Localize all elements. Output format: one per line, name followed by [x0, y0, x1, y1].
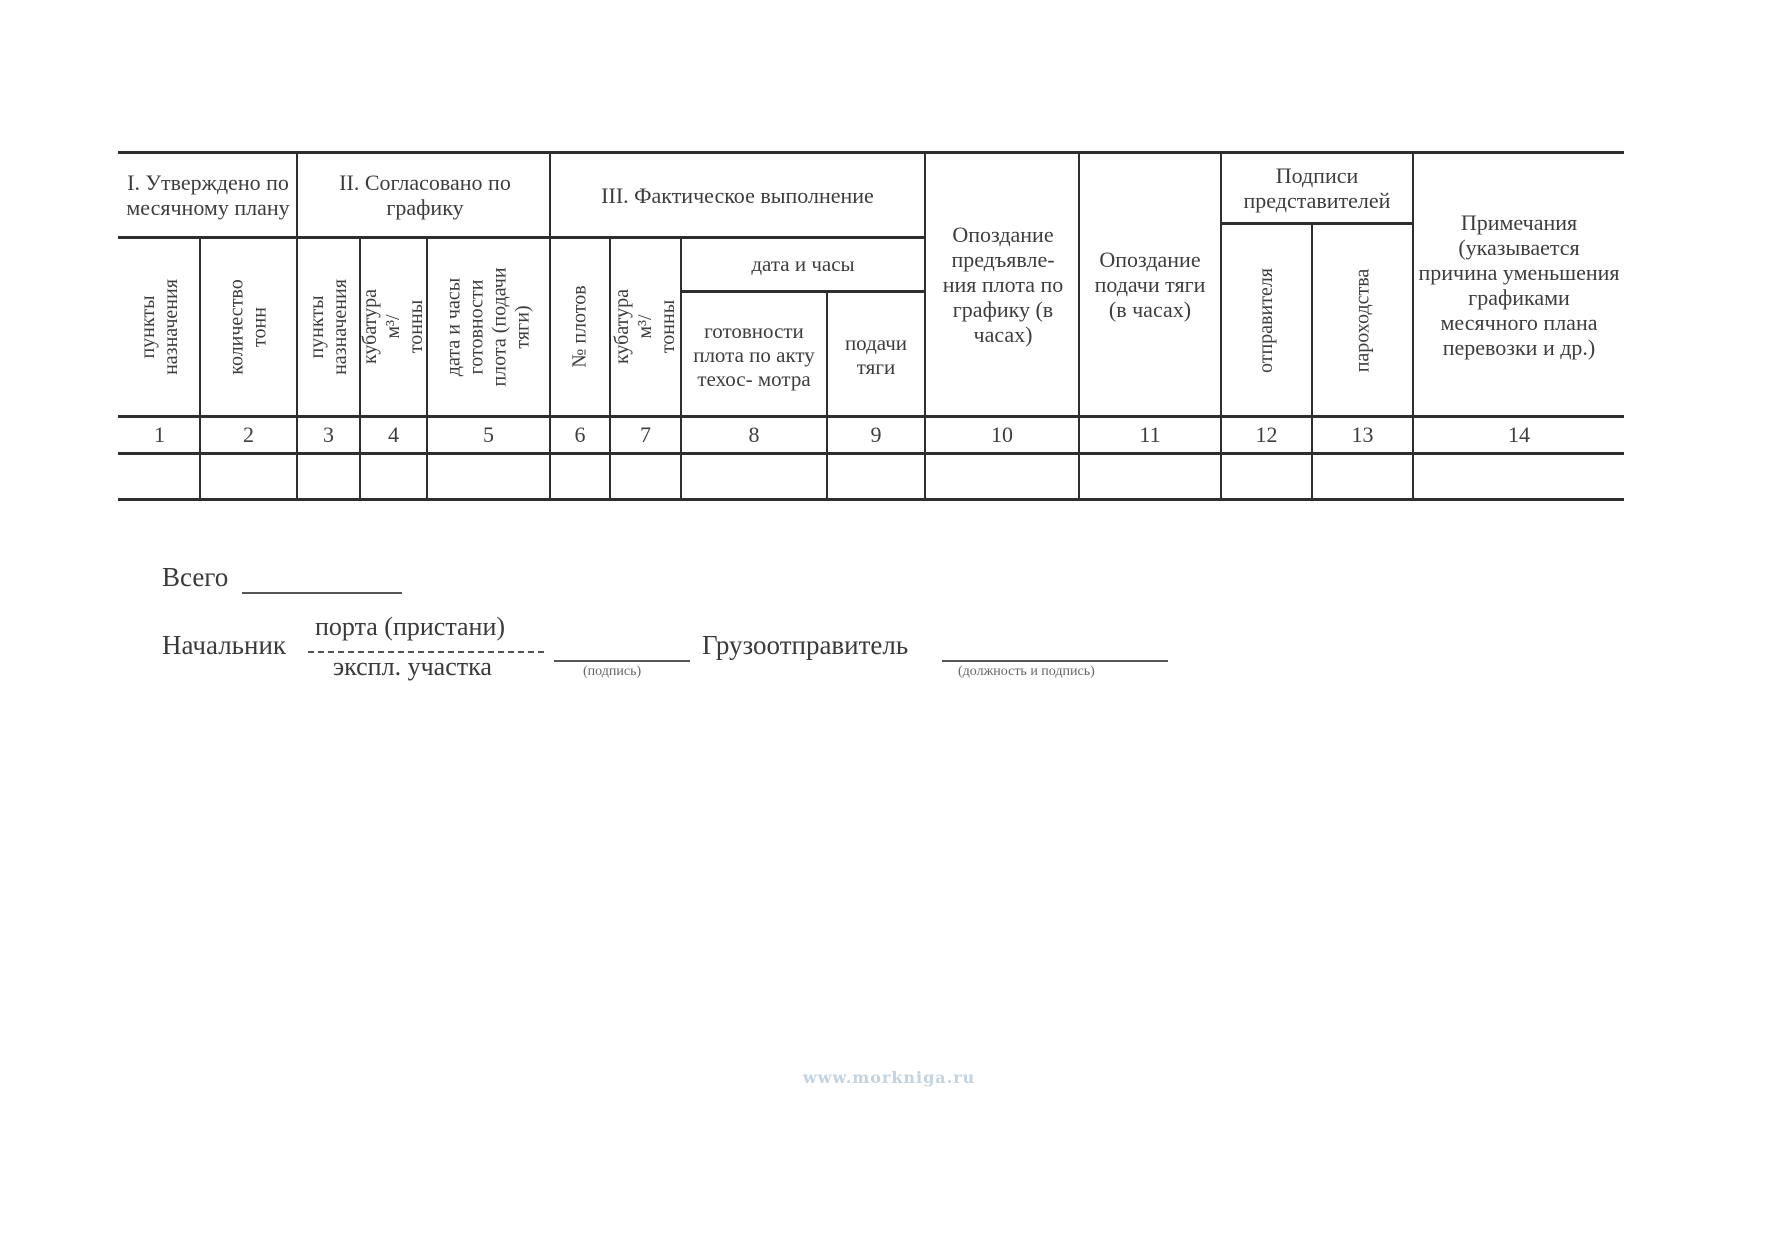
header-label: Примечания (указывается причина уменьшен… [1418, 210, 1620, 360]
col-number: 11 [1080, 418, 1220, 452]
numbers-row-bottom-border [118, 452, 1624, 455]
header-delay-tug: Опоздание подачи тяги (в часах) [1084, 154, 1216, 415]
group-header-label: I. Утверждено по месячному плану [120, 170, 296, 220]
group-header-label: III. Фактическое выполнение [601, 183, 874, 208]
col-number-label: 5 [483, 422, 494, 448]
total-field[interactable] [242, 592, 402, 594]
col-header-label: № плотов [569, 285, 592, 367]
col-header-label: подачи тяги [837, 331, 915, 379]
header-label: Опоздание подачи тяги (в часах) [1084, 247, 1216, 322]
document-page: I. Утверждено по месячному плану II. Сог… [0, 0, 1778, 1249]
chief-position-top: порта (пристани) [315, 612, 505, 642]
total-label: Всего [162, 562, 228, 593]
watermark: www.morkniga.ru [803, 1068, 975, 1087]
header-notes: Примечания (указывается причина уменьшен… [1418, 154, 1620, 415]
col-number-label: 11 [1139, 422, 1160, 448]
table-row[interactable] [120, 456, 1624, 498]
col-number: 5 [428, 418, 549, 452]
col-number: 13 [1313, 418, 1412, 452]
col-header-label: отправителя [1255, 268, 1278, 373]
col-number-label: 4 [388, 422, 399, 448]
col-header-label: пункты назначения [137, 279, 183, 375]
table-bottom-border [118, 498, 1624, 501]
group-header-label: Подписи представителей [1222, 163, 1412, 213]
chief-label: Начальник [162, 630, 286, 661]
col-number-label: 8 [749, 422, 760, 448]
col-number: 3 [298, 418, 359, 452]
col-header-9: подачи тяги [830, 294, 922, 415]
group-header-label: II. Согласовано по графику [310, 170, 540, 220]
subheader-label: дата и часы [751, 252, 854, 276]
chief-signature-hint: (подпись) [583, 664, 641, 680]
col-number-label: 7 [640, 422, 651, 448]
chief-position-bottom: экспл. участка [333, 652, 492, 682]
col-number-label: 6 [575, 422, 586, 448]
col-header-label: готовности плота по акту техос- мотра [686, 319, 822, 391]
chief-signature-field[interactable] [554, 660, 690, 662]
col-number: 4 [361, 418, 426, 452]
col-header-13: пароходства [1313, 225, 1412, 415]
col-header-8: готовности плота по акту техос- мотра [686, 294, 822, 415]
col-number-label: 2 [243, 422, 254, 448]
subheader-dates: дата и часы [682, 238, 924, 290]
col-header-2: количество тонн [201, 238, 296, 415]
col-number-label: 10 [991, 422, 1013, 448]
col-header-7: кубатура м³/тонны [611, 238, 680, 415]
col-number: 1 [120, 418, 199, 452]
col-header-label: пункты назначения [306, 279, 352, 375]
header-label: Опоздание предъявле- ния плота по график… [932, 222, 1074, 347]
group-header-agreed: II. Согласовано по графику [310, 154, 540, 236]
col-header-3: пункты назначения [298, 238, 359, 415]
col-header-label: дата и часы готовности плота (подачи тяг… [443, 266, 535, 387]
shipper-signature-hint: (должность и подпись) [958, 664, 1095, 680]
col-header-1: пункты назначения [120, 238, 199, 415]
col-number-label: 3 [323, 422, 334, 448]
col-number: 7 [611, 418, 680, 452]
col-number-label: 13 [1352, 422, 1374, 448]
dates-header-divider [680, 290, 925, 293]
col-number: 10 [926, 418, 1078, 452]
shipper-signature-field[interactable] [942, 660, 1168, 662]
header-delay-raft: Опоздание предъявле- ния плота по график… [932, 154, 1074, 415]
col-header-5: дата и часы готовности плота (подачи тяг… [428, 238, 549, 415]
col-header-12: отправителя [1222, 225, 1311, 415]
col-header-label: кубатура м³/тонны [359, 289, 428, 364]
col-header-label: количество тонн [226, 279, 272, 374]
col-number: 12 [1222, 418, 1311, 452]
col-number: 14 [1414, 418, 1624, 452]
col-header-label: пароходства [1351, 268, 1374, 372]
col-number-label: 12 [1256, 422, 1278, 448]
shipper-label: Грузоотправитель [702, 630, 908, 661]
col-number: 6 [551, 418, 609, 452]
col-header-6: № плотов [551, 238, 609, 415]
col-number-label: 9 [871, 422, 882, 448]
col-number: 8 [682, 418, 826, 452]
col-header-4: кубатура м³/тонны [361, 238, 426, 415]
group-header-approved: I. Утверждено по месячному плану [120, 154, 296, 236]
col-number: 2 [201, 418, 296, 452]
group-header-signatures: Подписи представителей [1222, 154, 1412, 222]
col-header-label: кубатура м³/тонны [611, 289, 680, 364]
col-number-label: 1 [154, 422, 165, 448]
col-number: 9 [828, 418, 924, 452]
col-number-label: 14 [1508, 422, 1530, 448]
group-header-actual: III. Фактическое выполнение [551, 154, 924, 236]
